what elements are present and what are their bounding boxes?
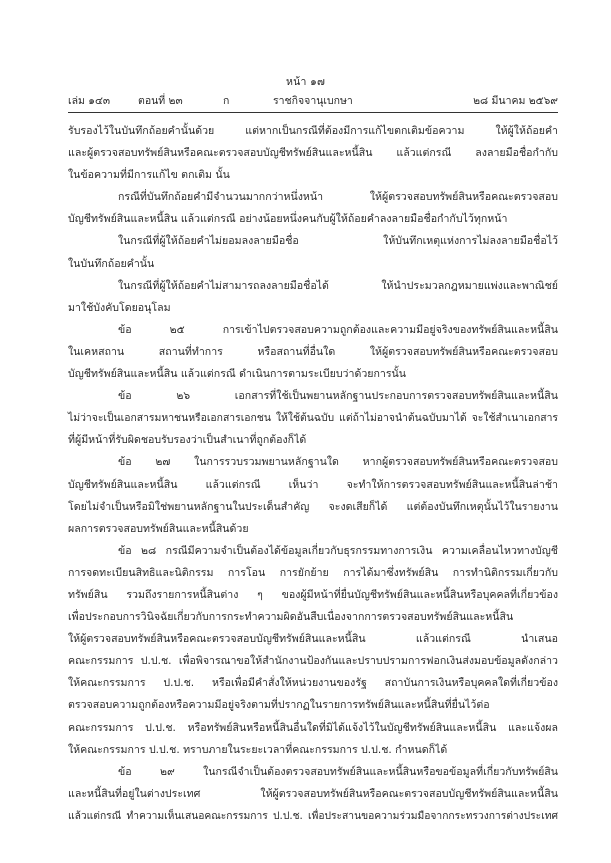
text-line: รับรองไว้ในบันทึกถ้อยคำนั้นด้วย แต่หากเป… xyxy=(68,120,558,142)
text-line: เพื่อประกอบการวินิจฉัยเกี่ยวกับการกระทำค… xyxy=(68,606,558,628)
text-line: บัญชีทรัพย์สินและหนี้สิน แล้วแต่กรณี ดำเ… xyxy=(68,363,558,385)
gazette-header: เล่ม ๑๔๓ ตอนที่ ๒๓ ก ราชกิจจานุเบกษา ๒๘ … xyxy=(68,92,558,108)
text-line: ข้อ ๒๘ กรณีมีความจำเป็นต้องได้ข้อมูลเกี่… xyxy=(68,540,558,562)
text-line: ในเคหสถาน สถานที่ทำการ หรือสถานที่อื่นใด… xyxy=(68,341,558,363)
header-divider xyxy=(68,112,558,113)
text-line: ในกรณีที่ผู้ให้ถ้อยคำไม่ยอมลงลายมือชื่อ … xyxy=(68,230,558,252)
text-line: และผู้ตรวจสอบทรัพย์สินหรือคณะตรวจสอบบัญช… xyxy=(68,142,558,164)
text-line: คณะกรรมการ ป.ป.ช. หรือทรัพย์สินหรือหนี้ส… xyxy=(68,717,558,739)
text-line: ที่ผู้มีหน้าที่รับผิดชอบรับรองว่าเป็นสำเ… xyxy=(68,429,558,451)
text-line: บัญชีทรัพย์สินและหนี้สิน แล้วแต่กรณี อย่… xyxy=(68,208,558,230)
text-line: ทรัพย์สิน รวมถึงรายการหนี้สินต่าง ๆ ของผ… xyxy=(68,584,558,606)
text-line: ตรวจสอบความถูกต้องหรือความมีอยู่จริงตามท… xyxy=(68,694,558,716)
text-line: ไม่ว่าจะเป็นเอกสารมหาชนหรือเอกสารเอกชน ใ… xyxy=(68,407,558,429)
text-line: ให้ผู้ตรวจสอบทรัพย์สินหรือคณะตรวจสอบบัญช… xyxy=(68,628,558,650)
text-line: คณะกรรมการ ป.ป.ช. เพื่อพิจารณาขอให้สำนัก… xyxy=(68,650,558,672)
document-body: รับรองไว้ในบันทึกถ้อยคำนั้นด้วย แต่หากเป… xyxy=(68,120,558,827)
text-line: ในบันทึกถ้อยคำนั้น xyxy=(68,253,558,275)
volume-label: เล่ม ๑๔๓ xyxy=(68,92,110,109)
text-line: กรณีที่บันทึกถ้อยคำมีจำนวนมากกว่าหนึ่งหน… xyxy=(68,186,558,208)
text-line: โดยไม่จำเป็นหรือมิใช่พยานหลักฐานในประเด็… xyxy=(68,496,558,518)
publication-date: ๒๘ มีนาคม ๒๕๖๙ xyxy=(473,92,558,109)
text-line: ข้อ ๒๙ ในกรณีจำเป็นต้องตรวจสอบทรัพย์สินแ… xyxy=(68,761,558,783)
text-line: ในกรณีที่ผู้ให้ถ้อยคำไม่สามารถลงลายมือชื… xyxy=(68,275,558,297)
text-line: ข้อ ๒๗ ในการรวบรวมพยานหลักฐานใด หากผู้ตร… xyxy=(68,451,558,473)
text-line: ในข้อความที่มีการแก้ไข ตกเติม นั้น xyxy=(68,164,558,186)
publication-title: ราชกิจจานุเบกษา xyxy=(273,92,353,109)
text-line: ให้คณะกรรมการ ป.ป.ช. ทราบภายในระยะเวลาที… xyxy=(68,739,558,761)
section-label: ก xyxy=(223,92,229,109)
text-line: การจดทะเบียนสิทธิและนิติกรรม การโอน การย… xyxy=(68,562,558,584)
text-line: บัญชีทรัพย์สินและหนี้สิน แล้วแต่กรณี เห็… xyxy=(68,474,558,496)
text-line: ข้อ ๒๖ เอกสารที่ใช้เป็นพยานหลักฐานประกอบ… xyxy=(68,385,558,407)
page-number: หน้า ๑๗ xyxy=(0,73,611,90)
text-line: มาใช้บังคับโดยอนุโลม xyxy=(68,297,558,319)
text-line: และหนี้สินที่อยู่ในต่างประเทศ ให้ผู้ตรวจ… xyxy=(68,783,558,805)
text-line: ข้อ ๒๕ การเข้าไปตรวจสอบความถูกต้องและควา… xyxy=(68,319,558,341)
text-line: ให้คณะกรรมการ ป.ป.ช. หรือเพื่อมีคำสั่งให… xyxy=(68,672,558,694)
text-line: ผลการตรวจสอบทรัพย์สินและหนี้สินด้วย xyxy=(68,518,558,540)
issue-label: ตอนที่ ๒๓ xyxy=(138,92,183,109)
text-line: แล้วแต่กรณี ทำความเห็นเสนอคณะกรรมการ ป.ป… xyxy=(68,805,558,827)
